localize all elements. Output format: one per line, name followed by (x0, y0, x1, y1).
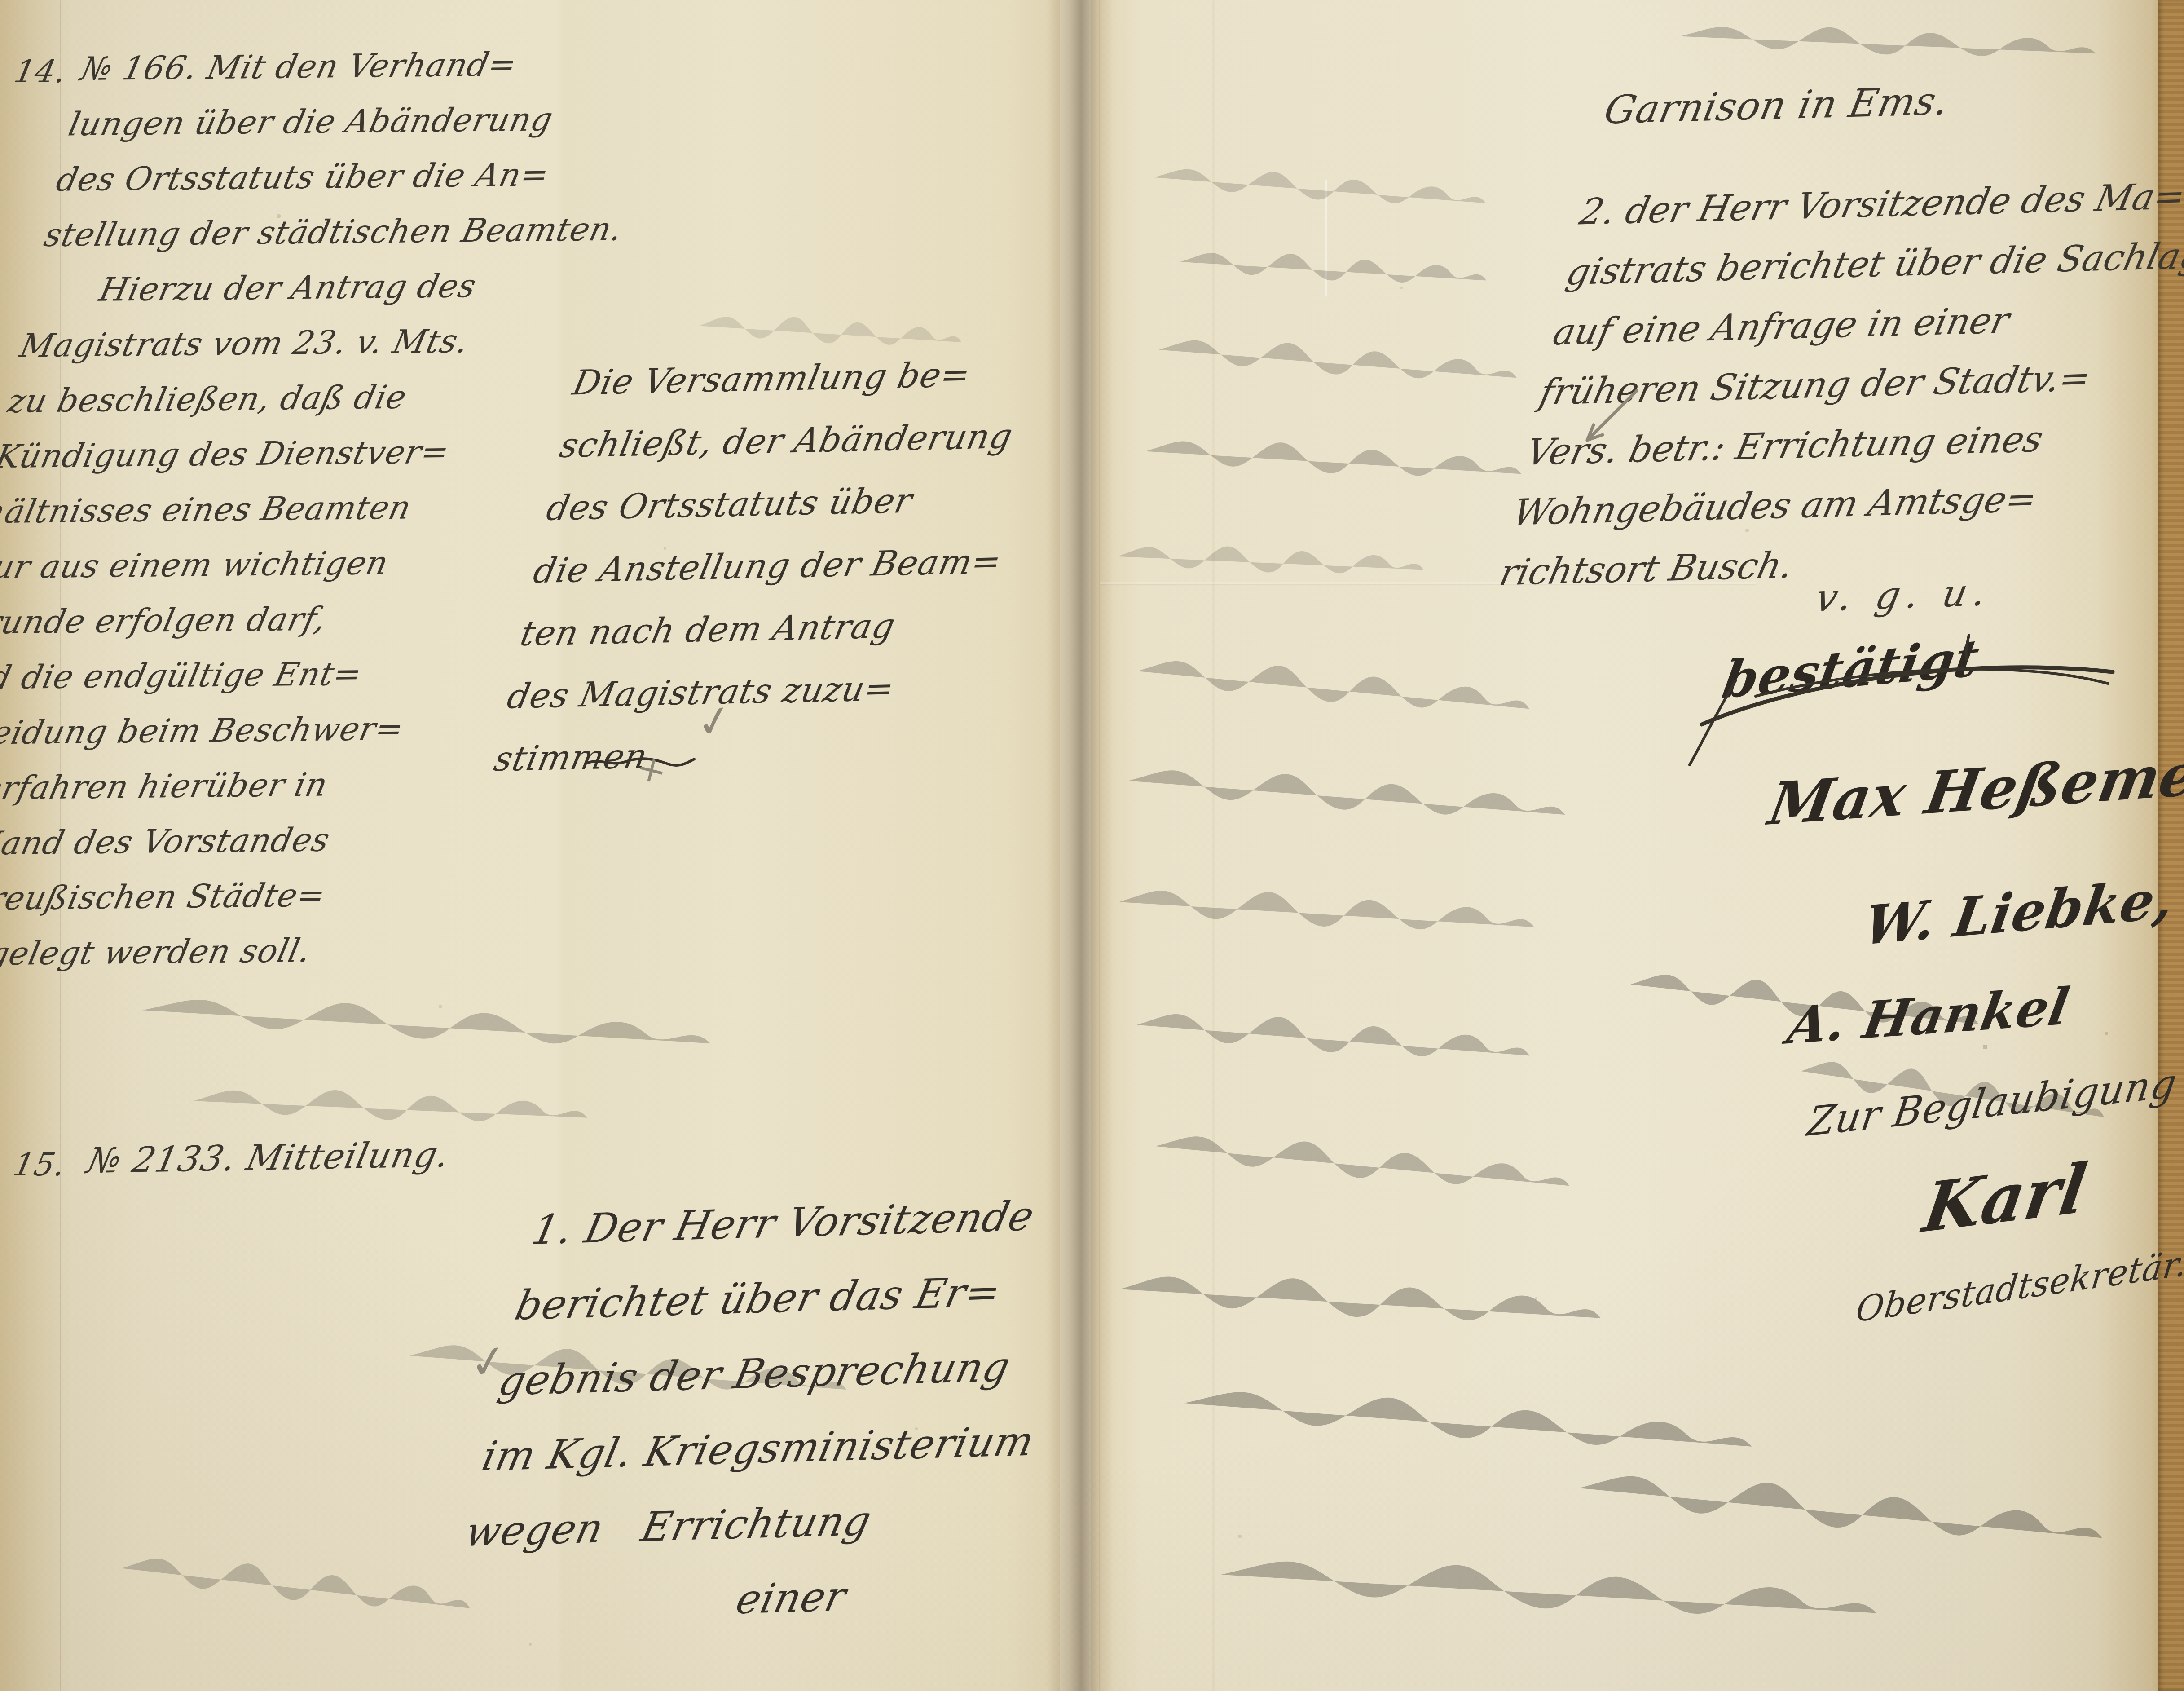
entry14-line: die Hand des Vorstandes (0, 811, 438, 872)
entry14-line: des Ortsstatuts über die An= (51, 146, 584, 207)
entry14-line: Magistrats vom 23. v. Mts. (14, 313, 547, 373)
entry14-line: № 166. Mit den Verhand= (75, 36, 608, 97)
resolution-block: Die Versammlung be= schließt, der Abände… (489, 341, 1047, 790)
resolution-line: des Magistrats zuzu= (502, 655, 982, 727)
pencil-check-icon: ✓ (466, 1333, 511, 1391)
resolution-line: Die Versammlung be= (567, 341, 1047, 414)
resolution-line: des Ortsstatuts über (541, 467, 1021, 539)
manuscript-spread: 14. № 166. Mit den Verhand= lungen über … (0, 0, 2184, 1691)
entry14-line: hältnisses eines Beamten (0, 479, 511, 539)
entry14-line: nur aus einem wichtigen (0, 534, 499, 595)
entry14-line: zu beschließen, daß die (2, 368, 535, 429)
carryover-line: Garnison in Ems. (1601, 79, 1953, 133)
resolution-line: die Anstellung der Beam= (528, 530, 1008, 602)
report-catchword: einer (441, 1554, 1008, 1645)
entry14-line: tages gelegt werden soll. (0, 922, 414, 983)
report-line: im Kgl. Kriegsministerium (475, 1404, 1042, 1494)
entry15-line: № 2133. Mitteilung. (84, 1135, 454, 1181)
entry14-line: Grunde erfolgen darf, (0, 590, 487, 650)
entry14-line: lungen über die Abänderung (63, 91, 596, 152)
pencil-arrow-icon (1574, 386, 1641, 454)
entry2-block: 2. der Herr Vorsitzende des Ma= gistrats… (1494, 165, 2184, 603)
entry14-line: stellung der städtischen Beamten. (39, 202, 572, 263)
approval-abbrev: v. g. u. (1812, 570, 1996, 620)
resolution-line: schließt, der Abänderung (554, 404, 1034, 477)
entry14-line: und die endgültige Ent= (0, 645, 475, 706)
entry14-margin-number: 14. (11, 53, 70, 90)
entry15-margin-number: 15. (10, 1146, 70, 1183)
entry14-line: deverfahren hierüber in (0, 756, 450, 817)
resolution-line: ten nach dem Antrag (515, 592, 995, 665)
entry14-line: des Preußischen Städte= (0, 866, 426, 927)
entry14-line: Hierzu der Antrag des (26, 257, 559, 318)
entry14-line: scheidung beim Beschwer= (0, 700, 462, 761)
report-block: 1. Der Herr Vorsitzende berichtet über d… (441, 1177, 1092, 1646)
entry14-line: Kündigung des Dienstver= (0, 424, 523, 484)
